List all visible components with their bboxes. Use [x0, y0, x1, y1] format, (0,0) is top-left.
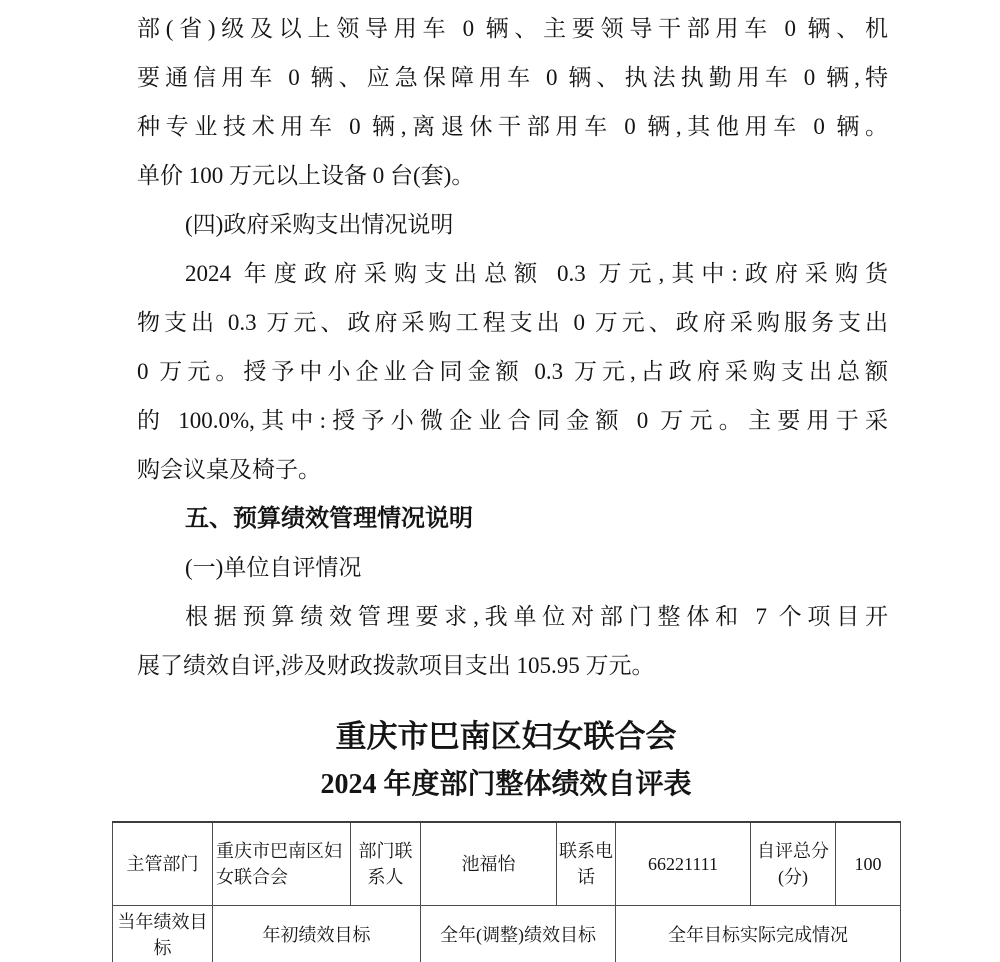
body-text-block: 部(省)级及以上领导用车 0 辆、主要领导干部用车 0 辆、机 要通信用车 0 …: [137, 4, 888, 690]
section-heading-procurement: (四)政府采购支出情况说明: [137, 200, 888, 249]
table-title-org-name: 重庆市巴南区妇女联合会: [112, 712, 900, 761]
cell-adjusted-goal: 全年(调整)绩效目标: [421, 905, 616, 962]
cell-score-value: 100: [836, 822, 901, 905]
self-evaluation-table: 主管部门 重庆市巴南区妇女联合会 部门联系人 池福怡 联系电话 66221111…: [112, 821, 901, 962]
body-line-9: 的 100.0%,其中:授予小微企业合同金额 0 万元。主要用于采: [137, 396, 888, 445]
body-line-6: 2024 年度政府采购支出总额 0.3 万元,其中:政府采购货: [137, 249, 888, 298]
body-line-10: 购会议桌及椅子。: [137, 445, 888, 494]
table-row-goals: 当年绩效目标 年初绩效目标 全年(调整)绩效目标 全年目标实际完成情况: [113, 905, 901, 962]
table-title-block: 重庆市巴南区妇女联合会 2024 年度部门整体绩效自评表: [112, 712, 900, 809]
document-page: 部(省)级及以上领导用车 0 辆、主要领导干部用车 0 辆、机 要通信用车 0 …: [0, 0, 1000, 962]
cell-contact-value: 池福怡: [421, 822, 557, 905]
cell-actual-completion: 全年目标实际完成情况: [616, 905, 901, 962]
table-title-report-name: 2024 年度部门整体绩效自评表: [112, 761, 900, 809]
cell-dept-value: 重庆市巴南区妇女联合会: [213, 822, 351, 905]
section-heading-performance: 五、预算绩效管理情况说明: [137, 494, 888, 543]
body-line-14: 展了绩效自评,涉及财政拨款项目支出 105.95 万元。: [137, 641, 888, 690]
cell-dept-label: 主管部门: [113, 822, 213, 905]
body-line-7: 物支出 0.3 万元、政府采购工程支出 0 万元、政府采购服务支出: [137, 298, 888, 347]
body-line-2: 要通信用车 0 辆、应急保障用车 0 辆、执法执勤用车 0 辆,特: [137, 53, 888, 102]
cell-current-year-goal-label: 当年绩效目标: [113, 905, 213, 962]
body-line-3: 种专业技术用车 0 辆,离退休干部用车 0 辆,其他用车 0 辆。: [137, 102, 888, 151]
body-line-13: 根据预算绩效管理要求,我单位对部门整体和 7 个项目开: [137, 592, 888, 641]
body-line-8: 0 万元。授予中小企业合同金额 0.3 万元,占政府采购支出总额: [137, 347, 888, 396]
cell-score-label: 自评总分(分): [751, 822, 836, 905]
cell-year-start-goal: 年初绩效目标: [213, 905, 421, 962]
cell-contact-label: 部门联系人: [351, 822, 421, 905]
cell-phone-label: 联系电话: [557, 822, 616, 905]
table-row-header-info: 主管部门 重庆市巴南区妇女联合会 部门联系人 池福怡 联系电话 66221111…: [113, 822, 901, 905]
section-heading-self-evaluation: (一)单位自评情况: [137, 543, 888, 592]
body-line-1: 部(省)级及以上领导用车 0 辆、主要领导干部用车 0 辆、机: [137, 4, 888, 53]
cell-phone-value: 66221111: [616, 822, 751, 905]
body-line-4: 单价 100 万元以上设备 0 台(套)。: [137, 151, 888, 200]
